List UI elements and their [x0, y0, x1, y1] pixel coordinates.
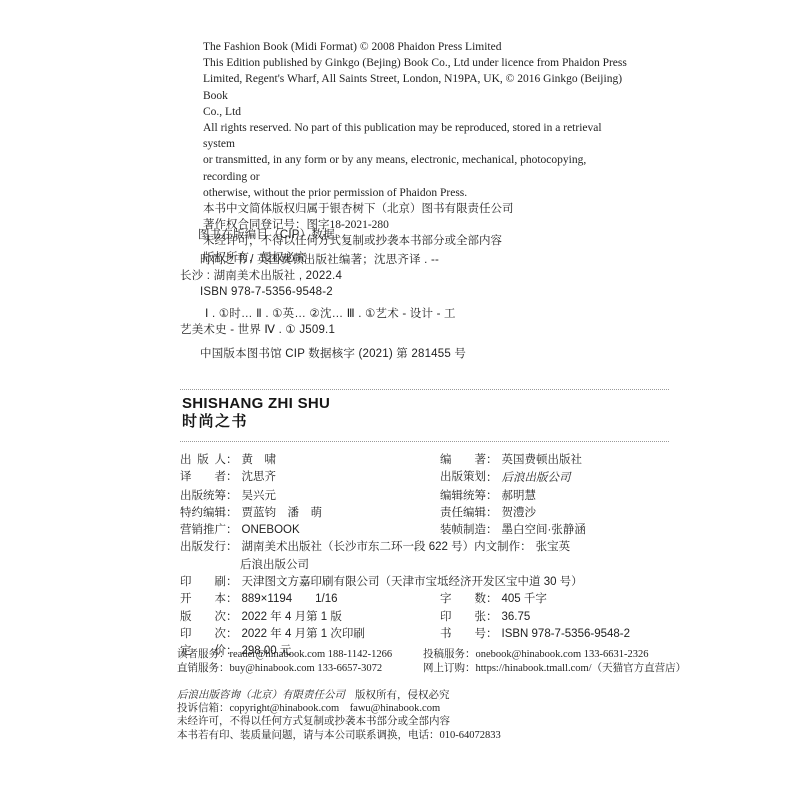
divider-bottom	[180, 441, 669, 442]
info-value: 405 千字	[502, 593, 547, 605]
info-value: 贺澧沙	[502, 507, 537, 519]
info-label: 内文制作	[474, 539, 520, 556]
info-label: 印次	[180, 626, 226, 643]
copyright-english-line: The Fashion Book (Midi Format) © 2008 Ph…	[203, 39, 633, 55]
publication-info-table: 出版人：黄 啸 编著：英国费顿出版社 译者：沈思齐 出版策划：后浪出版公司 出版…	[180, 452, 700, 661]
info-row: 印次：2022 年 4 月第 1 次印刷 书号：ISBN 978-7-5356-…	[180, 626, 700, 643]
copyright-english-line: Limited, Regent's Wharf, All Saints Stre…	[203, 71, 633, 103]
info-value-brand-script: 后浪出版公司	[502, 470, 571, 484]
info-row: 版次：2022 年 4 月第 1 版 印张：36.75	[180, 609, 700, 626]
info-label: 特约编辑	[180, 505, 226, 522]
copyright-chinese-line: 本书中文简体版权归属于银杏树下（北京）图书有限责任公司	[203, 201, 633, 217]
service-contact: https://hinabook.tmall.com/（天猫官方直营店）	[476, 663, 687, 674]
publisher-company-name: 后浪出版咨询（北京）有限责任公司	[177, 689, 345, 701]
book-copyright-page: The Fashion Book (Midi Format) © 2008 Ph…	[0, 0, 800, 800]
service-contact: onebook@hinabook.com 133-6631-2326	[476, 649, 649, 660]
info-label: 书号	[440, 626, 486, 643]
copyright-english-line: otherwise, without the prior permission …	[203, 185, 633, 201]
info-value: 沈思齐	[242, 471, 277, 483]
info-row: 特约编辑：贾蓝钧 潘 萌 责任编辑：贺澧沙	[180, 505, 700, 522]
info-label: 出版策划	[440, 469, 486, 486]
info-value: 贾蓝钧 潘 萌	[242, 507, 323, 519]
footer-company-line: 后浪出版咨询（北京）有限责任公司版权所有，侵权必究	[177, 689, 697, 702]
info-label: 编著	[440, 452, 486, 469]
info-label: 装帧制造	[440, 522, 486, 539]
info-label: 版次	[180, 609, 226, 626]
info-label: 开本	[180, 591, 226, 608]
copyright-english-line: or transmitted, in any form or by any me…	[203, 152, 633, 184]
service-contact: buy@hinabook.com 133-6657-3072	[230, 663, 383, 674]
services-row: 读者服务：reader@hinabook.com 188-1142-1266 投…	[177, 648, 717, 662]
service-contact: reader@hinabook.com 188-1142-1266	[230, 649, 393, 660]
cip-record-line: 长沙 : 湖南美术出版社 , 2022.4	[180, 268, 660, 284]
info-label: 字数	[440, 591, 486, 608]
reader-services-block: 读者服务：reader@hinabook.com 188-1142-1266 投…	[177, 648, 717, 676]
footer-complaint-line: 投诉信箱：copyright@hinabook.com fawu@hinaboo…	[177, 702, 697, 715]
info-label: 译者	[180, 469, 226, 486]
info-value: 湖南美术出版社（长沙市东二环一段 622 号）	[242, 541, 475, 553]
services-row: 直销服务：buy@hinabook.com 133-6657-3072 网上订购…	[177, 662, 717, 676]
service-label: 读者服务	[177, 648, 219, 662]
divider-top	[180, 389, 669, 390]
info-value: 墨白空间·张静涵	[502, 524, 586, 536]
footer-quality-line: 本书若有印、装质量问题，请与本公司联系调换，电话：010-64072833	[177, 729, 697, 742]
copyright-english-line: This Edition published by Ginkgo (Bejing…	[203, 55, 633, 71]
info-label: 编辑统筹	[440, 488, 486, 505]
info-value: 黄 啸	[242, 454, 277, 466]
info-value: 郝明慧	[502, 490, 537, 502]
service-label: 投稿服务	[423, 648, 465, 662]
info-label: 营销推广	[180, 522, 226, 539]
copyright-english-line: Co., Ltd	[203, 104, 633, 120]
info-row-full-width: 印刷：天津图文方嘉印刷有限公司（天津市宝坻经济开发区宝中道 30 号）	[180, 574, 700, 591]
rights-statement: 版权所有，侵权必究	[355, 690, 450, 701]
info-value: 英国费顿出版社	[502, 454, 583, 466]
info-value: 后浪出版公司	[240, 557, 309, 574]
cip-isbn: ISBN 978-7-5356-9548-2	[200, 284, 660, 300]
info-label: 出版人	[180, 452, 226, 469]
info-row: 营销推广：ONEBOOK 装帧制造：墨白空间·张静涵	[180, 522, 700, 539]
info-label: 责任编辑	[440, 505, 486, 522]
copyright-english-line: All rights reserved. No part of this pub…	[203, 120, 633, 152]
info-value: 2022 年 4 月第 1 版	[242, 611, 342, 623]
info-value: 天津图文方嘉印刷有限公司（天津市宝坻经济开发区宝中道 30 号）	[242, 576, 583, 588]
info-label: 出版发行	[180, 539, 226, 556]
cip-record-number: 中国版本图书馆 CIP 数据核字 (2021) 第 281455 号	[200, 346, 660, 362]
cip-heading: 图书在版编目（CIP）数据	[198, 227, 660, 243]
info-value: 36.75	[502, 611, 531, 623]
info-value: 889×1194 1/16	[242, 593, 338, 605]
service-label: 网上订购	[423, 662, 465, 676]
book-title-romanized: SHISHANG ZHI SHU	[182, 395, 330, 413]
info-value: 2022 年 4 月第 1 次印刷	[242, 628, 365, 640]
info-value: ONEBOOK	[242, 524, 300, 536]
info-row: 出版发行：湖南美术出版社（长沙市东二环一段 622 号） 内文制作：张宝英	[180, 539, 700, 556]
footer-no-permission-line: 未经许可，不得以任何方式复制或抄袭本书部分或全部内容	[177, 715, 697, 728]
cip-record-line: 时尚之书 / 英国费顿出版社编著；沈思齐译 . --	[200, 252, 660, 268]
footer-legal-block: 后浪出版咨询（北京）有限责任公司版权所有，侵权必究 投诉信箱：copyright…	[177, 689, 697, 742]
info-value: 吴兴元	[242, 490, 277, 502]
cip-classification-line: Ⅰ . ①时… Ⅱ . ①英… ②沈… Ⅲ . ①艺术 - 设计 - 工	[205, 306, 660, 322]
info-row-continuation: 后浪出版公司	[180, 557, 700, 574]
book-title-block: SHISHANG ZHI SHU 时尚之书	[182, 395, 330, 431]
info-row: 开本：889×1194 1/16 字数：405 千字	[180, 591, 700, 608]
service-label: 直销服务	[177, 662, 219, 676]
info-value: ISBN 978-7-5356-9548-2	[502, 628, 631, 640]
info-row: 出版人：黄 啸 编著：英国费顿出版社	[180, 452, 700, 469]
info-row: 出版统筹：吴兴元 编辑统筹：郝明慧	[180, 488, 700, 505]
info-label: 出版统筹	[180, 488, 226, 505]
info-row: 译者：沈思齐 出版策划：后浪出版公司	[180, 469, 700, 487]
info-label: 印刷	[180, 574, 226, 591]
cip-block: 图书在版编目（CIP）数据 时尚之书 / 英国费顿出版社编著；沈思齐译 . --…	[180, 227, 660, 362]
book-title-chinese: 时尚之书	[182, 413, 330, 431]
info-value: 张宝英	[536, 541, 571, 553]
cip-classification-line: 艺美术史 - 世界 Ⅳ . ① J509.1	[180, 322, 660, 338]
info-label: 印张	[440, 609, 486, 626]
